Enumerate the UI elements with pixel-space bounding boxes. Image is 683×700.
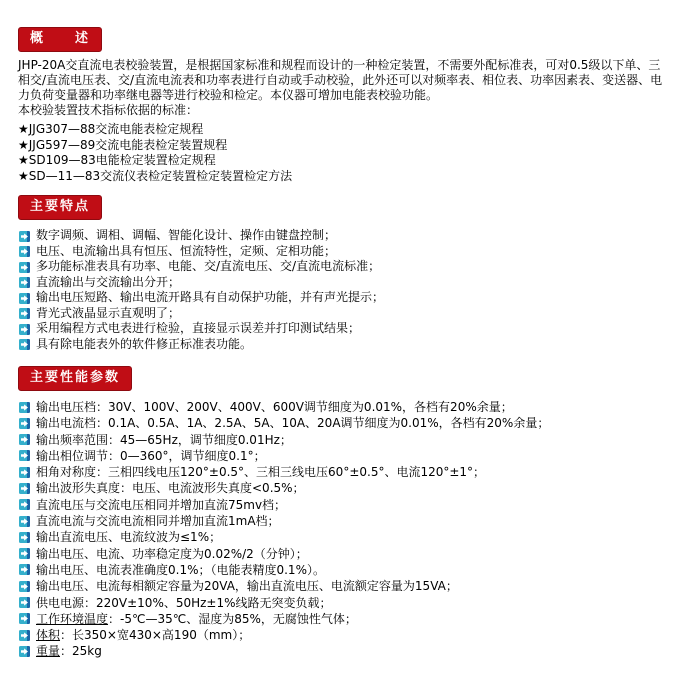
item-text: 具有除电能表外的软件修正标准表功能。	[36, 337, 252, 353]
param-item: 输出电压、电流每相额定容量为20VA，输出直流电压、电流额定容量为15VA；	[18, 578, 671, 594]
feature-item: 直流输出与交流输出分开；	[18, 275, 671, 291]
item-text: 输出电压、电流每相额定容量为20VA，输出直流电压、电流额定容量为15VA；	[36, 578, 458, 594]
item-text: 输出电流档：0.1A、0.5A、1A、2.5A、5A、10A、20A调节细度为0…	[36, 415, 549, 431]
arrow-bullet-icon	[19, 308, 30, 319]
arrow-bullet-icon	[19, 516, 30, 527]
item-text: ★JJG307—88交流电能表检定规程	[18, 122, 203, 136]
arrow-bullet-icon	[19, 630, 30, 641]
item-text: 背光式液晶显示直观明了；	[36, 306, 180, 322]
item-text: 数字调频、调相、调幅、智能化设计、操作由键盘控制；	[36, 228, 336, 244]
arrow-bullet-icon	[19, 646, 30, 657]
feature-item: 具有除电能表外的软件修正标准表功能。	[18, 337, 671, 353]
param-item: 输出电压档：30V、100V、200V、400V、600V调节细度为0.01%，…	[18, 399, 671, 415]
item-text: 采用编程方式电表进行检验，直接显示误差并打印测试结果；	[36, 321, 360, 337]
item-text: ：长350×宽430×高190（mm）；	[60, 627, 250, 643]
item-text: 电压、电流输出具有恒压、恒流特性，定频、定相功能；	[36, 244, 336, 260]
param-item: 直流电流与交流电流相同并增加直流1mA档；	[18, 513, 671, 529]
feature-item: 多功能标准表具有功率、电能、交/直流电压、交/直流电流标准；	[18, 259, 671, 275]
param-item: 重量：25kg	[18, 643, 671, 659]
item-text: 输出相位调节：0—360°，调节细度0.1°；	[36, 448, 266, 464]
item-text: ：25kg	[60, 643, 102, 659]
item-text: 输出波形失真度：电压、电流波形失真度<0.5%；	[36, 480, 305, 496]
arrow-bullet-icon	[19, 324, 30, 335]
page-content: 概 述 JHP-20A交直流电表校验装置，是根据国家标准和规程而设计的一种检定装…	[0, 0, 683, 660]
arrow-bullet-icon	[19, 564, 30, 575]
param-item: 输出波形失真度：电压、电流波形失真度<0.5%；	[18, 480, 671, 496]
arrow-bullet-icon	[19, 499, 30, 510]
arrow-bullet-icon	[19, 548, 30, 559]
item-text: ★SD109—83电能检定装置检定规程	[18, 153, 216, 167]
item-text: 直流电压与交流电压相同并增加直流75mv档；	[36, 497, 286, 513]
arrow-bullet-icon	[19, 402, 30, 413]
standard-item: ★SD—11—83交流仪表检定装置检定装置检定方法	[18, 169, 671, 185]
param-item: 输出相位调节：0—360°，调节细度0.1°；	[18, 448, 671, 464]
arrow-bullet-icon	[19, 339, 30, 350]
standard-item: ★SD109—83电能检定装置检定规程	[18, 153, 671, 169]
feature-item: 采用编程方式电表进行检验，直接显示误差并打印测试结果；	[18, 321, 671, 337]
features-badge: 主要特点	[18, 195, 102, 220]
arrow-bullet-icon	[19, 418, 30, 429]
item-text: 直流电流与交流电流相同并增加直流1mA档；	[36, 513, 280, 529]
item-label: 工作环境温度	[36, 611, 108, 627]
arrow-bullet-icon	[19, 597, 30, 608]
param-item: 输出直流电压、电流纹波为≤1%；	[18, 529, 671, 545]
standard-item: ★JJG307—88交流电能表检定规程	[18, 122, 671, 138]
feature-item: 背光式液晶显示直观明了；	[18, 306, 671, 322]
features-list: 数字调频、调相、调幅、智能化设计、操作由键盘控制；电压、电流输出具有恒压、恒流特…	[18, 228, 671, 352]
features-section: 主要特点 数字调频、调相、调幅、智能化设计、操作由键盘控制；电压、电流输出具有恒…	[18, 195, 671, 352]
item-text: 相角对称度：三相四线电压120°±0.5°、三相三线电压60°±0.5°、电流1…	[36, 464, 485, 480]
item-label: 体积	[36, 627, 60, 643]
item-text: 输出直流电压、电流纹波为≤1%；	[36, 529, 221, 545]
param-item: 输出电压、电流表准确度0.1%；（电能表精度0.1%）。	[18, 562, 671, 578]
item-text: 输出电压、电流、功率稳定度为0.02%/2（分钟）；	[36, 546, 308, 562]
params-section: 主要性能参数 输出电压档：30V、100V、200V、400V、600V调节细度…	[18, 366, 671, 660]
arrow-bullet-icon	[19, 532, 30, 543]
feature-item: 数字调频、调相、调幅、智能化设计、操作由键盘控制；	[18, 228, 671, 244]
arrow-bullet-icon	[19, 613, 30, 624]
arrow-bullet-icon	[19, 450, 30, 461]
param-item: 体积：长350×宽430×高190（mm）；	[18, 627, 671, 643]
param-item: 直流电压与交流电压相同并增加直流75mv档；	[18, 497, 671, 513]
item-text: ★JJG597—89交流电能表检定装置规程	[18, 138, 227, 152]
arrow-bullet-icon	[19, 581, 30, 592]
param-item: 输出电流档：0.1A、0.5A、1A、2.5A、5A、10A、20A调节细度为0…	[18, 415, 671, 431]
arrow-bullet-icon	[19, 434, 30, 445]
item-text: 直流输出与交流输出分开；	[36, 275, 180, 291]
standard-item: ★JJG597—89交流电能表检定装置规程	[18, 138, 671, 154]
param-item: 输出频率范围：45—65Hz，调节细度0.01Hz；	[18, 432, 671, 448]
item-label: 重量	[36, 643, 60, 659]
arrow-bullet-icon	[19, 277, 30, 288]
item-text: 供电电源：220V±10%、50Hz±1%线路无突变负载；	[36, 595, 332, 611]
overview-paragraph: JHP-20A交直流电表校验装置，是根据国家标准和规程而设计的一种检定装置，不需…	[18, 58, 670, 103]
param-item: 相角对称度：三相四线电压120°±0.5°、三相三线电压60°±0.5°、电流1…	[18, 464, 671, 480]
overview-section: 概 述 JHP-20A交直流电表校验装置，是根据国家标准和规程而设计的一种检定装…	[18, 27, 671, 184]
item-text: 输出电压、电流表准确度0.1%；（电能表精度0.1%）。	[36, 562, 325, 578]
item-text: 输出电压档：30V、100V、200V、400V、600V调节细度为0.01%，…	[36, 399, 513, 415]
arrow-bullet-icon	[19, 293, 30, 304]
feature-item: 输出电压短路、输出电流开路具有自动保护功能，并有声光提示；	[18, 290, 671, 306]
arrow-bullet-icon	[19, 246, 30, 257]
feature-item: 电压、电流输出具有恒压、恒流特性，定频、定相功能；	[18, 244, 671, 260]
standards-intro: 本校验装置技术指标依据的标准：	[18, 103, 670, 118]
params-list: 输出电压档：30V、100V、200V、400V、600V调节细度为0.01%，…	[18, 399, 671, 660]
param-item: 工作环境温度：-5℃—35℃、湿度为85%，无腐蚀性气体；	[18, 611, 671, 627]
param-item: 供电电源：220V±10%、50Hz±1%线路无突变负载；	[18, 595, 671, 611]
item-text: ★SD—11—83交流仪表检定装置检定装置检定方法	[18, 169, 292, 183]
item-text: 输出频率范围：45—65Hz，调节细度0.01Hz；	[36, 432, 292, 448]
arrow-bullet-icon	[19, 467, 30, 478]
overview-badge: 概 述	[18, 27, 102, 52]
arrow-bullet-icon	[19, 262, 30, 273]
params-badge: 主要性能参数	[18, 366, 132, 391]
param-item: 输出电压、电流、功率稳定度为0.02%/2（分钟）；	[18, 546, 671, 562]
standards-list: ★JJG307—88交流电能表检定规程★JJG597—89交流电能表检定装置规程…	[18, 122, 671, 184]
arrow-bullet-icon	[19, 483, 30, 494]
arrow-bullet-icon	[19, 231, 30, 242]
item-text: ：-5℃—35℃、湿度为85%，无腐蚀性气体；	[108, 611, 357, 627]
item-text: 输出电压短路、输出电流开路具有自动保护功能，并有声光提示；	[36, 290, 384, 306]
item-text: 多功能标准表具有功率、电能、交/直流电压、交/直流电流标准；	[36, 259, 380, 275]
